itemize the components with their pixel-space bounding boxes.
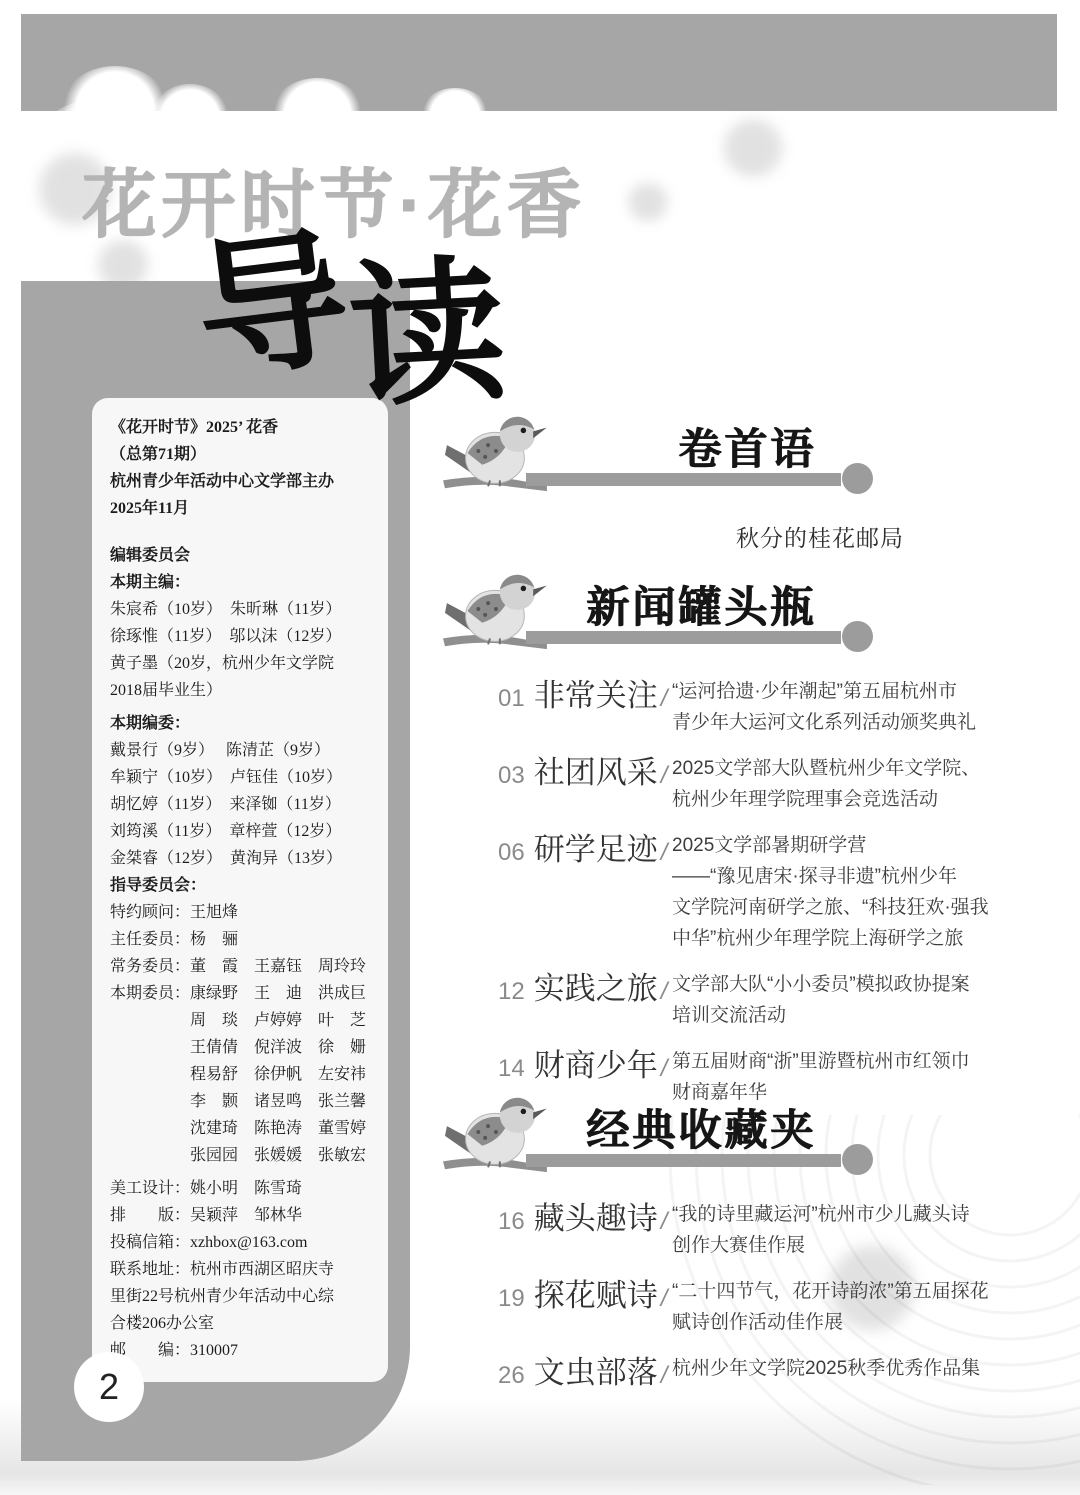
page-number: 2 <box>99 1366 119 1408</box>
entry-column-title: 非常关注 <box>534 670 658 715</box>
entry-desc-line: 创作大赛佳作展 <box>672 1230 1078 1261</box>
slash-separator: / <box>661 1285 668 1313</box>
section-end-dot <box>842 1144 873 1175</box>
toc-entry: 19 探花赋诗 / “二十四节气，花开诗韵浓”第五届探花赋诗创作活动佳作展 <box>498 1270 1078 1338</box>
magazine-toc-page: 花开时节·花香 导读 《花开时节》2025’ 花香（总第71期）杭州青少年活动中… <box>0 0 1080 1495</box>
entry-desc-line: “运河拾遗·少年潮起”第五届杭州市 <box>672 676 1078 707</box>
entry-desc-line: 2025文学部大队暨杭州少年文学院、 <box>672 753 1078 784</box>
slash-separator: / <box>661 762 668 790</box>
section-entries: 16 藏头趣诗 / “我的诗里藏运河”杭州市少儿藏头诗创作大赛佳作展 19 探花… <box>498 1193 1078 1392</box>
entry-desc-line: 文学院河南研学之旅、“科技狂欢·强我 <box>672 892 1078 923</box>
entry-column-title: 实践之旅 <box>534 963 658 1008</box>
entry-description: “二十四节气，花开诗韵浓”第五届探花赋诗创作活动佳作展 <box>672 1270 1078 1338</box>
calligraphy-char: 读 <box>345 252 509 416</box>
entry-desc-line: ——“豫见唐宋·探寻非遗”杭州少年 <box>672 861 1078 892</box>
toc-entry-heading: 06 研学足迹 / <box>498 824 672 869</box>
entry-description: 2025文学部大队暨杭州少年文学院、杭州少年理学院理事会竞选活动 <box>672 747 1078 815</box>
toc-entry: 03 社团风采 / 2025文学部大队暨杭州少年文学院、杭州少年理学院理事会竞选… <box>498 747 1078 815</box>
entry-desc-line: “我的诗里藏运河”杭州市少儿藏头诗 <box>672 1199 1078 1230</box>
toc-entry-heading: 19 探花赋诗 / <box>498 1270 672 1315</box>
section-title: 经典收藏夹 <box>586 1097 816 1158</box>
section-header: 卷首语 <box>430 398 1078 494</box>
toc-entry-heading: 12 实践之旅 / <box>498 963 672 1008</box>
slash-separator: / <box>661 1362 668 1390</box>
toc-entry: 16 藏头趣诗 / “我的诗里藏运河”杭州市少儿藏头诗创作大赛佳作展 <box>498 1193 1078 1261</box>
section-entries: 01 非常关注 / “运河拾遗·少年潮起”第五届杭州市青少年大运河文化系列活动颁… <box>498 670 1078 1108</box>
guide-calligraphy-title: 导读 <box>198 230 504 386</box>
toc-entry: 01 非常关注 / “运河拾遗·少年潮起”第五届杭州市青少年大运河文化系列活动颁… <box>498 670 1078 738</box>
entry-page-number: 16 <box>498 1208 525 1236</box>
entry-page-number: 12 <box>498 978 525 1006</box>
slash-separator: / <box>661 839 668 867</box>
section-underline-bar <box>526 473 841 486</box>
section-title: 新闻罐头瓶 <box>586 574 816 635</box>
section-end-dot <box>842 463 873 494</box>
slash-separator: / <box>661 685 668 713</box>
toc-section: 卷首语 秋分的桂花邮局 <box>430 398 1078 571</box>
toc-entry-heading: 01 非常关注 / <box>498 670 672 715</box>
entry-desc-line: 赋诗创作活动佳作展 <box>672 1307 1078 1338</box>
section-header: 新闻罐头瓶 <box>430 556 1078 652</box>
entry-page-number: 06 <box>498 839 525 867</box>
toc-entry-heading: 16 藏头趣诗 / <box>498 1193 672 1238</box>
entry-column-title: 研学足迹 <box>534 824 658 869</box>
entry-desc-line: 2025文学部暑期研学营 <box>672 830 1078 861</box>
entry-column-title: 藏头趣诗 <box>534 1193 658 1238</box>
slash-separator: / <box>661 978 668 1006</box>
entry-column-title: 社团风采 <box>534 747 658 792</box>
toc-entry-heading: 26 文虫部落 / <box>498 1347 672 1392</box>
table-of-contents: 卷首语 秋分的桂花邮局 新闻罐头瓶 <box>0 0 1080 1495</box>
section-subtitle: 秋分的桂花邮局 <box>736 520 1078 553</box>
entry-column-title: 文虫部落 <box>534 1347 658 1392</box>
toc-section: 新闻罐头瓶 01 非常关注 / “运河拾遗·少年潮起”第五届杭州市青少年大运河文… <box>430 556 1078 1117</box>
entry-page-number: 19 <box>498 1285 525 1313</box>
entry-page-number: 03 <box>498 762 525 790</box>
section-underline-bar <box>526 1154 841 1167</box>
entry-desc-line: 杭州少年理学院理事会竞选活动 <box>672 784 1078 815</box>
section-header: 经典收藏夹 <box>430 1079 1078 1175</box>
section-underline-bar <box>526 631 841 644</box>
entry-desc-line: 青少年大运河文化系列活动颁奖典礼 <box>672 707 1078 738</box>
toc-entry: 12 实践之旅 / 文学部大队“小小委员”模拟政协提案培训交流活动 <box>498 963 1078 1031</box>
entry-page-number: 01 <box>498 685 525 713</box>
entry-desc-line: 第五届财商“浙”里游暨杭州市红领巾 <box>672 1046 1078 1077</box>
entry-description: “我的诗里藏运河”杭州市少儿藏头诗创作大赛佳作展 <box>672 1193 1078 1261</box>
section-title: 卷首语 <box>678 416 816 477</box>
entry-description: “运河拾遗·少年潮起”第五届杭州市青少年大运河文化系列活动颁奖典礼 <box>672 670 1078 738</box>
entry-desc-line: 文学部大队“小小委员”模拟政协提案 <box>672 969 1078 1000</box>
slash-separator: / <box>661 1208 668 1236</box>
toc-entry: 26 文虫部落 / 杭州少年文学院2025秋季优秀作品集 <box>498 1347 1078 1392</box>
entry-description: 2025文学部暑期研学营——“豫见唐宋·探寻非遗”杭州少年文学院河南研学之旅、“… <box>672 824 1078 954</box>
entry-column-title: 探花赋诗 <box>534 1270 658 1315</box>
section-end-dot <box>842 621 873 652</box>
entry-description: 杭州少年文学院2025秋季优秀作品集 <box>672 1347 1078 1384</box>
entry-page-number: 26 <box>498 1362 525 1390</box>
page-number-badge: 2 <box>74 1352 144 1422</box>
calligraphy-char: 导 <box>189 222 356 389</box>
entry-description: 文学部大队“小小委员”模拟政协提案培训交流活动 <box>672 963 1078 1031</box>
toc-entry-heading: 03 社团风采 / <box>498 747 672 792</box>
entry-desc-line: 中华”杭州少年理学院上海研学之旅 <box>672 923 1078 954</box>
entry-desc-line: “二十四节气，花开诗韵浓”第五届探花 <box>672 1276 1078 1307</box>
toc-entry: 06 研学足迹 / 2025文学部暑期研学营——“豫见唐宋·探寻非遗”杭州少年文… <box>498 824 1078 954</box>
entry-desc-line: 培训交流活动 <box>672 1000 1078 1031</box>
toc-section: 经典收藏夹 16 藏头趣诗 / “我的诗里藏运河”杭州市少儿藏头诗创作大赛佳作展… <box>430 1079 1078 1401</box>
entry-desc-line: 杭州少年文学院2025秋季优秀作品集 <box>672 1353 1078 1384</box>
